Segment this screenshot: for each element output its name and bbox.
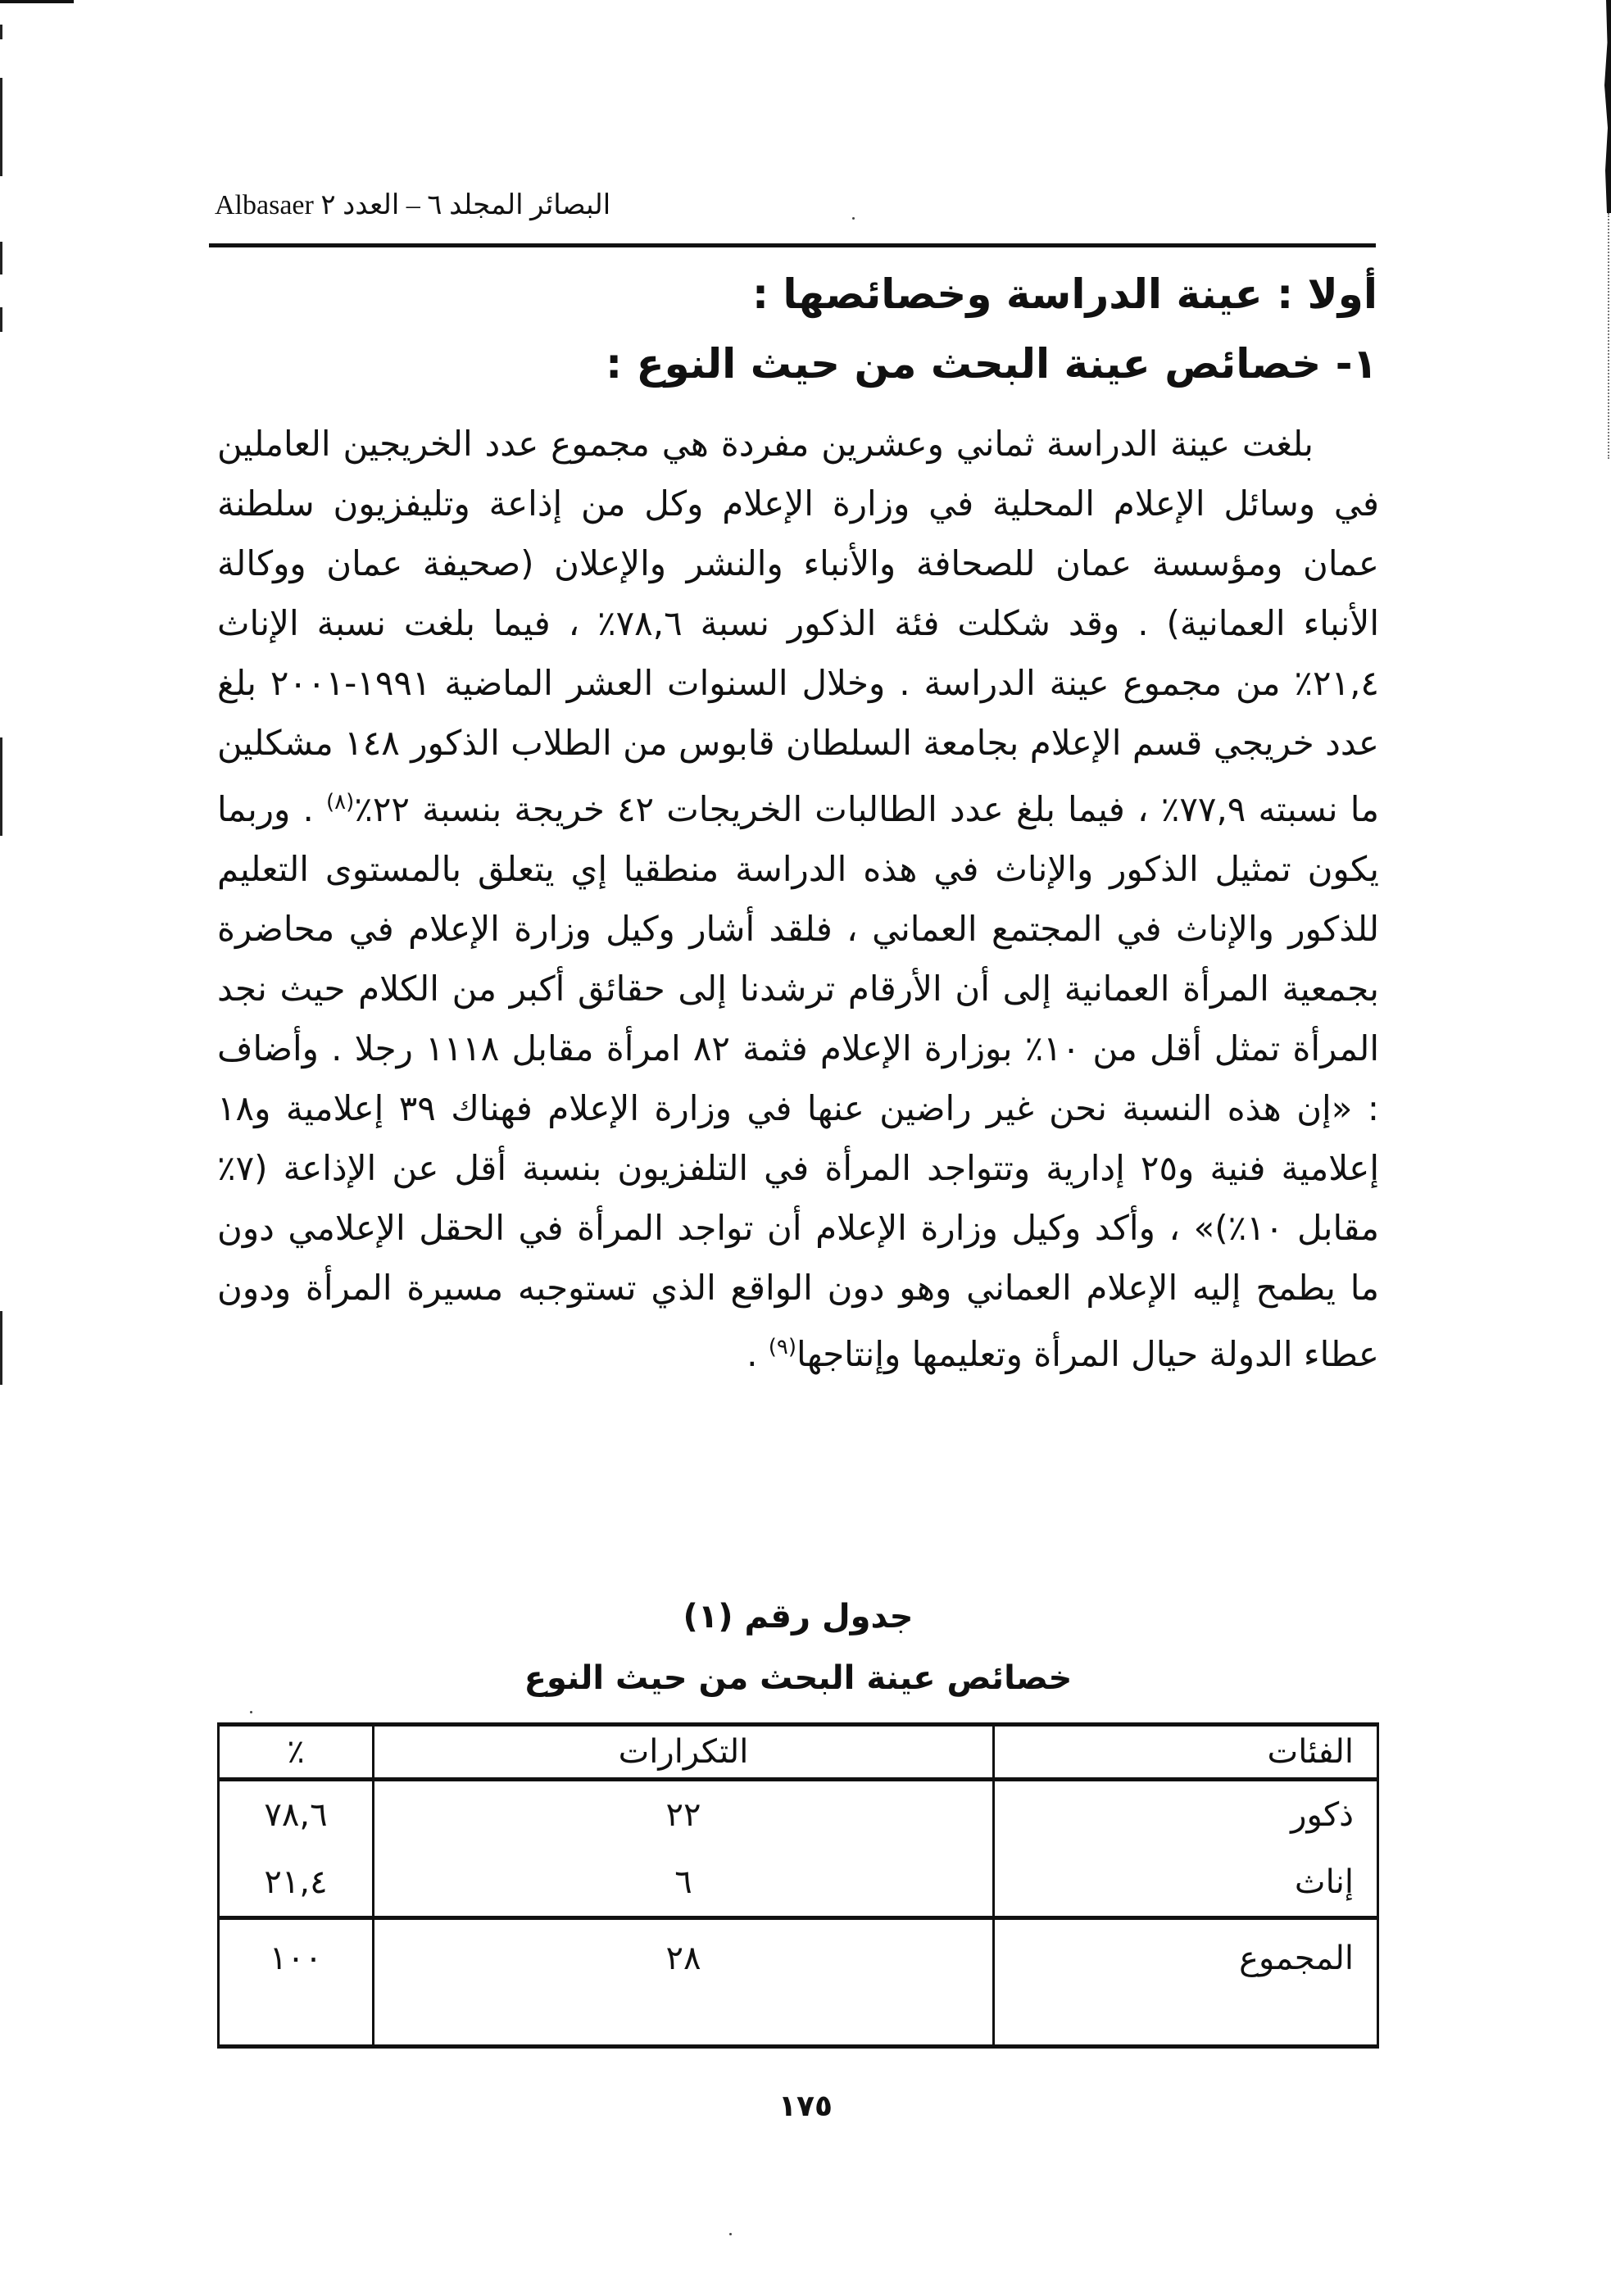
header-frequencies: التكرارات bbox=[374, 1725, 994, 1780]
journal-name-latin: Albasaer bbox=[215, 190, 314, 220]
cell-category: إناث bbox=[994, 1849, 1378, 1918]
paragraph-end: . bbox=[747, 1334, 769, 1374]
table-row: إناث ٦ ٢١,٤ bbox=[219, 1849, 1378, 1918]
paragraph-text-b: . وربما يكون تمثيل الذكور والإناث في هذه… bbox=[217, 789, 1379, 1374]
cell-total-frequency: ٢٨ bbox=[374, 1918, 994, 2047]
cell-percent: ٧٨,٦ bbox=[219, 1780, 374, 1849]
cell-category: ذكور bbox=[994, 1780, 1378, 1849]
header-categories: الفئات bbox=[994, 1725, 1378, 1780]
subsection-heading: ١- خصائص عينة البحث من حيث النوع : bbox=[606, 340, 1377, 388]
section-heading: أولا : عينة الدراسة وخصائصها : bbox=[752, 270, 1377, 318]
cell-total-label: المجموع bbox=[994, 1918, 1378, 2047]
header-percent: ٪ bbox=[219, 1725, 374, 1780]
paragraph-text-a: بلغت عينة الدراسة ثماني وعشرين مفردة هي … bbox=[217, 424, 1379, 829]
cell-frequency: ٢٢ bbox=[374, 1780, 994, 1849]
running-head: البصائر المجلد ٦ – العدد ٢ Albasaer bbox=[215, 188, 641, 221]
scan-speck bbox=[852, 217, 855, 220]
body-paragraph: بلغت عينة الدراسة ثماني وعشرين مفردة هي … bbox=[217, 414, 1379, 1384]
scan-speck bbox=[250, 1711, 252, 1713]
scan-edge-right-dots bbox=[1606, 213, 1609, 459]
cell-percent: ٢١,٤ bbox=[219, 1849, 374, 1918]
cell-total-percent: ١٠٠ bbox=[219, 1918, 374, 2047]
table-caption-number: جدول رقم (١) bbox=[217, 1598, 1379, 1636]
header-rule bbox=[209, 243, 1376, 247]
scan-edge-top bbox=[0, 0, 74, 3]
footnote-ref-8[interactable]: (٨) bbox=[326, 790, 354, 814]
gender-table: الفئات التكرارات ٪ ذكور ٢٢ ٧٨,٦ إناث ٦ ٢… bbox=[217, 1722, 1379, 2049]
scan-speck bbox=[729, 2233, 732, 2235]
journal-name-arabic: البصائر المجلد ٦ – العدد ٢ bbox=[320, 190, 610, 220]
scan-edge-right bbox=[1603, 0, 1611, 213]
table-caption-title: خصائص عينة البحث من حيث النوع bbox=[217, 1659, 1379, 1697]
footnote-ref-9[interactable]: (٩) bbox=[769, 1335, 796, 1359]
table-header-row: الفئات التكرارات ٪ bbox=[219, 1725, 1378, 1780]
table-row: ذكور ٢٢ ٧٨,٦ bbox=[219, 1780, 1378, 1849]
table-total-row: المجموع ٢٨ ١٠٠ bbox=[219, 1918, 1378, 2047]
page-number: ١٧٥ bbox=[0, 2090, 1611, 2123]
cell-frequency: ٦ bbox=[374, 1849, 994, 1918]
scan-edge-left bbox=[0, 0, 2, 2296]
